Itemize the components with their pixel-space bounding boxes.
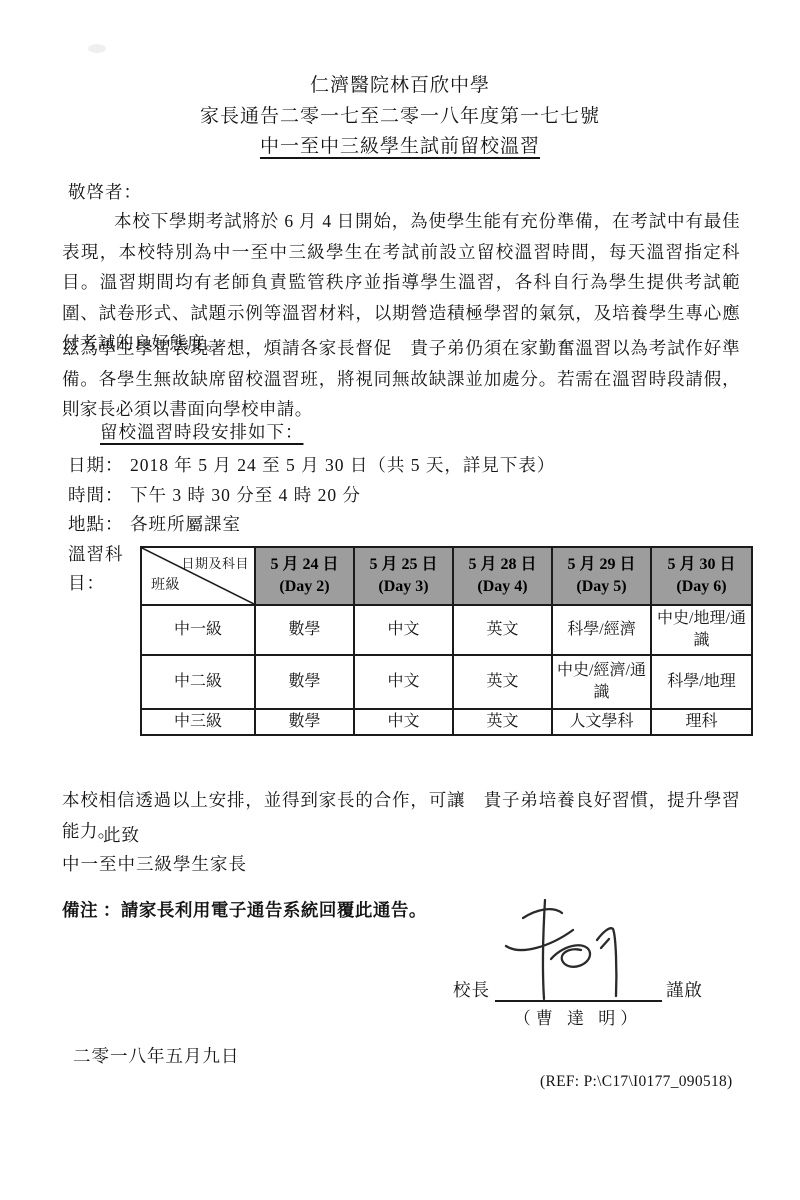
subject-cell: 英文: [453, 709, 552, 735]
grade-cell: 中一級: [141, 605, 255, 655]
subject-cell: 英文: [453, 605, 552, 655]
note-remark: 備注 ：請家長利用電子通告系統回覆此通告。: [62, 897, 427, 922]
col-date: 5 月 28 日: [458, 554, 547, 576]
subject-cell: 數學: [255, 709, 354, 735]
table-row: 中二級 數學 中文 英文 中史/經濟/通識 科學/地理: [141, 655, 752, 709]
subject-cell: 中史/地理/通識: [651, 605, 752, 655]
reference-number: (REF: P:\C17\I0177_090518): [540, 1073, 756, 1091]
subject-cell: 人文學科: [552, 709, 651, 735]
subject-cell: 中文: [354, 709, 453, 735]
date-label: 日期：: [68, 452, 124, 477]
col-header-day6: 5 月 30 日 (Day 6): [651, 547, 752, 605]
subject-cell: 科學/地理: [651, 655, 752, 709]
col-day: (Day 2): [260, 576, 349, 598]
principal-signature: [493, 896, 638, 1002]
venue-label: 地點：: [68, 511, 124, 536]
subject-cell: 數學: [255, 655, 354, 709]
table-row: 中三級 數學 中文 英文 人文學科 理科: [141, 709, 752, 735]
notice-number: 家長通告二零一七至二零一八年度第一七七號: [0, 101, 800, 128]
subject-cell: 中史/經濟/通識: [552, 655, 651, 709]
grade-cell: 中三級: [141, 709, 255, 735]
scanned-notice-document: 仁濟醫院林百欣中學 家長通告二零一七至二零一八年度第一七七號 中一至中三級學生試…: [0, 0, 800, 1200]
table-corner-cell: 日期及科目 班級: [141, 547, 255, 605]
notice-title: 中一至中三級學生試前留校溫習: [0, 131, 800, 158]
signature-line: [495, 1000, 662, 1002]
col-header-day2: 5 月 24 日 (Day 2): [255, 547, 354, 605]
col-date: 5 月 25 日: [359, 554, 448, 576]
subject-cell: 科學/經濟: [552, 605, 651, 655]
col-day: (Day 5): [557, 576, 646, 598]
corner-label-date-subject: 日期及科目: [181, 553, 249, 575]
principal-label: 校長: [453, 977, 490, 1002]
subject-cell: 數學: [255, 605, 354, 655]
time-value: 下午 3 時 30 分至 4 時 20 分: [130, 482, 361, 507]
principal-name: （曹 達 明）: [492, 1004, 664, 1029]
school-name: 仁濟醫院林百欣中學: [0, 70, 800, 97]
subject-cell: 中文: [354, 655, 453, 709]
paragraph-2: 茲為學生學習表現著想，煩請各家長督促 貴子弟仍須在家勤奮溫習以為考試作好準備。各…: [62, 333, 740, 425]
closing-paragraph: 本校相信透過以上安排，並得到家長的合作，可讓 貴子弟培養良好習慣，提升學習能力。: [62, 785, 740, 846]
salutation: 敬啓者：: [68, 179, 142, 204]
revision-schedule-table: 日期及科目 班級 5 月 24 日 (Day 2) 5 月 25 日 (Day …: [140, 546, 753, 736]
col-header-day3: 5 月 25 日 (Day 3): [354, 547, 453, 605]
col-date: 5 月 30 日: [656, 554, 747, 576]
corner-label-grade: 班級: [151, 575, 180, 597]
col-day: (Day 6): [656, 576, 747, 598]
respectfully-label: 謹啟: [666, 977, 703, 1002]
col-date: 5 月 24 日: [260, 554, 349, 576]
col-day: (Day 3): [359, 576, 448, 598]
subject-cell: 英文: [453, 655, 552, 709]
col-header-day5: 5 月 29 日 (Day 5): [552, 547, 651, 605]
venue-value: 各班所屬課室: [130, 511, 241, 536]
table-row: 中一級 數學 中文 英文 科學/經濟 中史/地理/通識: [141, 605, 752, 655]
scan-smudge: [88, 44, 106, 53]
subject-cell: 理科: [651, 709, 752, 735]
col-day: (Day 4): [458, 576, 547, 598]
schedule-heading: 留校溫習時段安排如下：: [100, 419, 304, 444]
cizhi: 此致: [103, 822, 140, 847]
grade-cell: 中二級: [141, 655, 255, 709]
subject-cell: 中文: [354, 605, 453, 655]
col-date: 5 月 29 日: [557, 554, 646, 576]
date-value: 2018 年 5 月 24 至 5 月 30 日（共 5 天，詳見下表）: [130, 452, 555, 477]
issue-date: 二零一八年五月九日: [73, 1043, 240, 1068]
col-header-day4: 5 月 28 日 (Day 4): [453, 547, 552, 605]
recipients: 中一至中三級學生家長: [62, 851, 247, 876]
subjects-label: 溫習科目：: [68, 540, 130, 598]
time-label: 時間：: [68, 482, 124, 507]
